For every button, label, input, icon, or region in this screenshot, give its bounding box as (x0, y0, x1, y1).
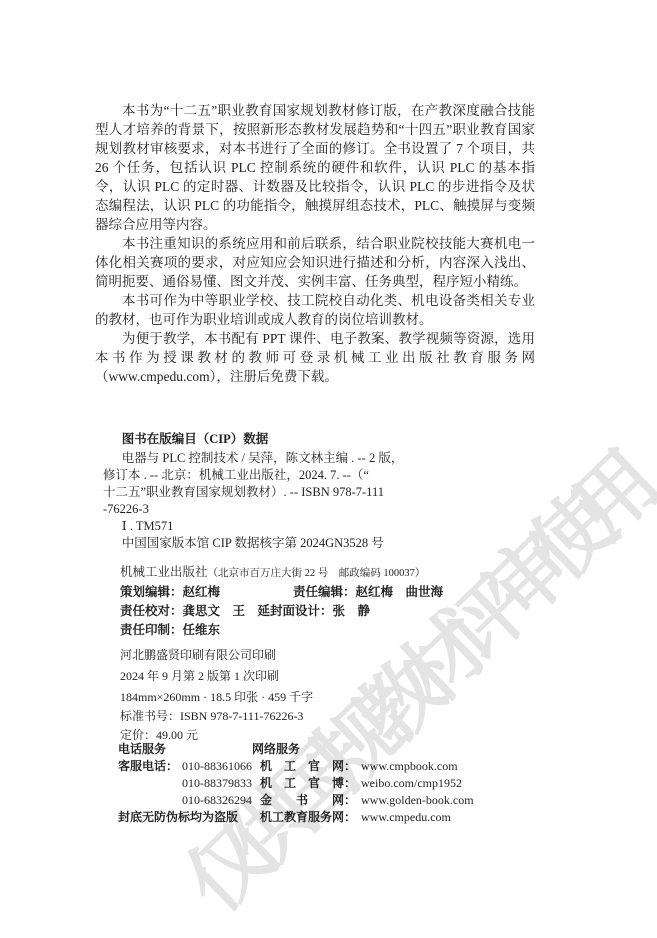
cip-classification: Ⅰ . TM571 (122, 518, 404, 535)
anti-piracy-notice: 封底无防伪标均为盗版 (118, 809, 238, 826)
intro-paragraph-4: 为便于教学，本书配有 PPT 课件、电子教案、教学视频等资源，选用本书作为授课教… (95, 329, 535, 386)
intro-paragraph-1: 本书为“十二五”职业教育国家规划教材修订版，在产教深度融合技能型人才培养的背景下… (95, 101, 535, 234)
service-row: 客服电话： 010-88361066 机 工 官 网： www.cmpbook.… (118, 758, 538, 775)
cip-line: -76226-3 (103, 501, 403, 518)
phone-entry: 客服电话： 010-88361066 (118, 758, 252, 775)
site-url: www.cmpedu.com (361, 810, 451, 824)
web-entry: 金 书 网： www.golden-book.com (260, 792, 474, 809)
site-url: weibo.com/cmp1952 (361, 776, 462, 790)
intro-paragraph-2: 本书注重知识的系统应用和前后联系，结合职业院校技能大赛机电一体化相关赛项的要求，… (95, 234, 535, 291)
site-label: 机工教育服务网： (260, 810, 356, 824)
cip-block: 图书在版编目（CIP）数据 电器与 PLC 控制技术 / 吴萍，陈文林主编 . … (103, 431, 403, 552)
cip-line: 修订本 . -- 北京：机械工业出版社，2024. 7. --（“ (103, 467, 403, 484)
cip-line: 电器与 PLC 控制技术 / 吴萍，陈文林主编 . -- 2 版， (122, 450, 404, 467)
format-info: 184mm×260mm · 18.5 印张 · 459 千字 (120, 688, 540, 707)
phone-service-header: 电话服务 (118, 741, 252, 758)
web-entry: 机 工 官 博： weibo.com/cmp1952 (260, 775, 462, 792)
printing-company: 河北鹏盛贤印刷有限公司印刷 (120, 646, 540, 665)
site-label: 机 工 官 网： (260, 759, 356, 773)
publisher-line: 机械工业出版社（北京市百万庄大街 22 号 邮政编码 100037） (120, 563, 540, 583)
phone-number: 010-88379833 (182, 775, 252, 792)
anti-piracy-entry: 封底无防伪标均为盗版 (118, 809, 252, 826)
service-row: 封底无防伪标均为盗版 机工教育服务网： www.cmpedu.com (118, 809, 538, 826)
cip-record-number: 中国国家版本馆 CIP 数据核字第 2024GN3528 号 (122, 535, 404, 552)
web-service-header: 网络服务 (252, 741, 300, 758)
cip-heading: 图书在版编目（CIP）数据 (122, 431, 404, 448)
isbn-line: 标准书号：ISBN 978-7-111-76226-3 (120, 707, 540, 726)
services-headers: 电话服务 网络服务 (118, 741, 538, 758)
intro-paragraph-3: 本书可作为中等职业学校、技工院校自动化类、机电设备类相关专业的教材，也可作为职业… (95, 291, 535, 329)
phone-entry: 010-88379833 (118, 775, 252, 792)
service-row: 010-88379833 机 工 官 博： weibo.com/cmp1952 (118, 775, 538, 792)
cover-designer: 封面设计：张 静 (270, 604, 370, 618)
phone-number: 010-68326294 (182, 792, 252, 809)
copyright-page: 仅供国规教材评审使用 本书为“十二五”职业教育国家规划教材修订版，在产教深度融合… (0, 0, 657, 938)
web-entry: 机 工 官 网： www.cmpbook.com (260, 758, 458, 775)
staff-row-print-supervisor: 责任印制：任维东 (120, 621, 540, 640)
edition-info: 2024 年 9 月第 2 版第 1 次印刷 (120, 667, 540, 686)
site-label: 机 工 官 博： (260, 776, 356, 790)
planning-editor: 策划编辑：赵红梅 (120, 583, 293, 602)
site-url: www.golden-book.com (361, 793, 474, 807)
phone-label: 客服电话： (118, 758, 178, 775)
responsible-editor: 责任编辑：赵红梅 曲世海 (293, 585, 443, 599)
cip-line: 十二五”职业教育国家规划教材）. -- ISBN 978-7-111 (103, 484, 403, 501)
services-block: 电话服务 网络服务 客服电话： 010-88361066 机 工 官 网： ww… (118, 741, 538, 826)
staff-row-proofread-design: 责任校对：龚思文 王 延封面设计：张 静 (120, 602, 540, 621)
phone-number: 010-88361066 (182, 758, 252, 775)
publisher-address: （北京市百万庄大街 22 号 邮政编码 100037） (208, 568, 426, 579)
service-row: 010-68326294 金 书 网： www.golden-book.com (118, 792, 538, 809)
web-entry: 机工教育服务网： www.cmpedu.com (260, 809, 451, 826)
staff-row-editors: 策划编辑：赵红梅责任编辑：赵红梅 曲世海 (120, 583, 540, 602)
colophon-block: 机械工业出版社（北京市百万庄大街 22 号 邮政编码 100037） 策划编辑：… (120, 563, 540, 745)
site-label: 金 书 网： (260, 793, 356, 807)
responsible-printer: 责任印制：任维东 (120, 621, 220, 640)
phone-entry: 010-68326294 (118, 792, 252, 809)
page-content: 本书为“十二五”职业教育国家规划教材修订版，在产教深度融合技能型人才培养的背景下… (0, 0, 657, 938)
responsible-proofreader: 责任校对：龚思文 王 延 (120, 602, 270, 621)
publisher-name: 机械工业出版社 (120, 565, 208, 579)
book-intro: 本书为“十二五”职业教育国家规划教材修订版，在产教深度融合技能型人才培养的背景下… (95, 101, 535, 386)
site-url: www.cmpbook.com (361, 759, 458, 773)
